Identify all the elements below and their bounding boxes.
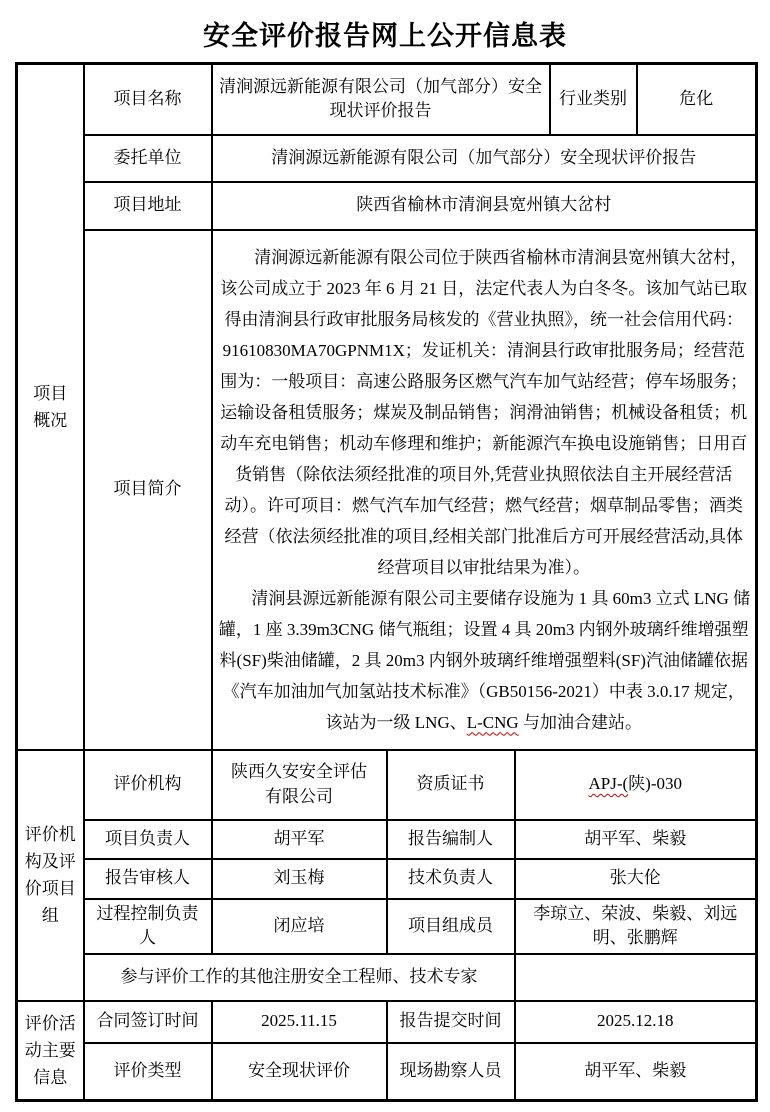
process-value: 闭应培 — [212, 899, 387, 954]
other-experts-value — [515, 954, 757, 1001]
section-org-label-line: 组 — [22, 902, 79, 929]
certificate-value-rest: 陕)-030 — [628, 774, 682, 793]
spellcheck-underline-apj: APJ-( — [589, 774, 629, 793]
section-overview-label: 项目 概况 — [17, 64, 84, 750]
submit-label: 报告提交时间 — [387, 1001, 515, 1043]
section-org-label-line: 评价机 — [22, 821, 79, 848]
survey-value: 胡平军、柴毅 — [515, 1043, 757, 1101]
certificate-label: 资质证书 — [387, 750, 515, 820]
address-label: 项目地址 — [84, 182, 212, 230]
agency-value-text: 陕西久安安全评估有限公司 — [229, 760, 369, 809]
section-activity-label-line: 评价活 — [22, 1010, 79, 1037]
contract-label: 合同签订时间 — [84, 1001, 212, 1043]
section-activity-label-line: 动主要 — [22, 1037, 79, 1064]
team-value: 李琼立、荣波、柴毅、刘远明、张鹏辉 — [515, 899, 757, 954]
page-title: 安全评价报告网上公开信息表 — [0, 0, 770, 53]
project-name-value: 清涧源远新能源有限公司（加气部分）安全现状评价报告 — [212, 64, 550, 135]
reviewer-value: 刘玉梅 — [212, 859, 387, 899]
intro-paragraph-2-text-end: 与加油合建站。 — [519, 713, 642, 732]
contract-value: 2025.11.15 — [212, 1001, 387, 1043]
intro-label: 项目简介 — [84, 230, 212, 750]
section-org-label-line: 价项目 — [22, 875, 79, 902]
intro-paragraph-2: 清涧县源远新能源有限公司主要储存设施为 1 具 60m3 立式 LNG 储罐，1… — [217, 583, 752, 738]
intro-value: 清涧源远新能源有限公司位于陕西省榆林市清涧县宽州镇大岔村，该公司成立于 2023… — [212, 230, 757, 750]
section-activity-label-line: 信息 — [22, 1064, 79, 1091]
compiler-value: 胡平军、柴毅 — [515, 820, 757, 859]
industry-label: 行业类别 — [550, 64, 637, 135]
survey-label: 现场勘察人员 — [387, 1043, 515, 1101]
leader-label: 项目负责人 — [84, 820, 212, 859]
section-overview-label-line: 项目 — [22, 380, 79, 407]
agency-value: 陕西久安安全评估有限公司 — [212, 750, 387, 820]
type-label: 评价类型 — [84, 1043, 212, 1101]
section-org-label-line: 构及评 — [22, 848, 79, 875]
other-experts-label: 参与评价工作的其他注册安全工程师、技术专家 — [84, 954, 515, 1001]
compiler-label: 报告编制人 — [387, 820, 515, 859]
type-value: 安全现状评价 — [212, 1043, 387, 1101]
info-table: 项目 概况 项目名称 清涧源远新能源有限公司（加气部分）安全现状评价报告 行业类… — [15, 62, 758, 1102]
industry-value: 危化 — [637, 64, 757, 135]
tech-label: 技术负责人 — [387, 859, 515, 899]
submit-value: 2025.12.18 — [515, 1001, 757, 1043]
client-label: 委托单位 — [84, 135, 212, 182]
intro-paragraph-1: 清涧源远新能源有限公司位于陕西省榆林市清涧县宽州镇大岔村，该公司成立于 2023… — [217, 242, 752, 583]
tech-value: 张大伦 — [515, 859, 757, 899]
certificate-value: APJ-(陕)-030 — [515, 750, 757, 820]
intro-paragraph-2-text: 清涧县源远新能源有限公司主要储存设施为 1 具 60m3 立式 LNG 储罐，1… — [219, 589, 750, 732]
spellcheck-underline-lcng: L-CNG — [467, 713, 519, 732]
agency-label: 评价机构 — [84, 750, 212, 820]
section-overview-label-line: 概况 — [22, 407, 79, 434]
process-label: 过程控制负责人 — [84, 899, 212, 954]
address-value: 陕西省榆林市清涧县宽州镇大岔村 — [212, 182, 757, 230]
section-activity-label: 评价活 动主要 信息 — [17, 1001, 84, 1101]
project-name-label: 项目名称 — [84, 64, 212, 135]
client-value: 清涧源远新能源有限公司（加气部分）安全现状评价报告 — [212, 135, 757, 182]
team-label: 项目组成员 — [387, 899, 515, 954]
leader-value: 胡平军 — [212, 820, 387, 859]
reviewer-label: 报告审核人 — [84, 859, 212, 899]
section-org-label: 评价机 构及评 价项目 组 — [17, 750, 84, 1001]
